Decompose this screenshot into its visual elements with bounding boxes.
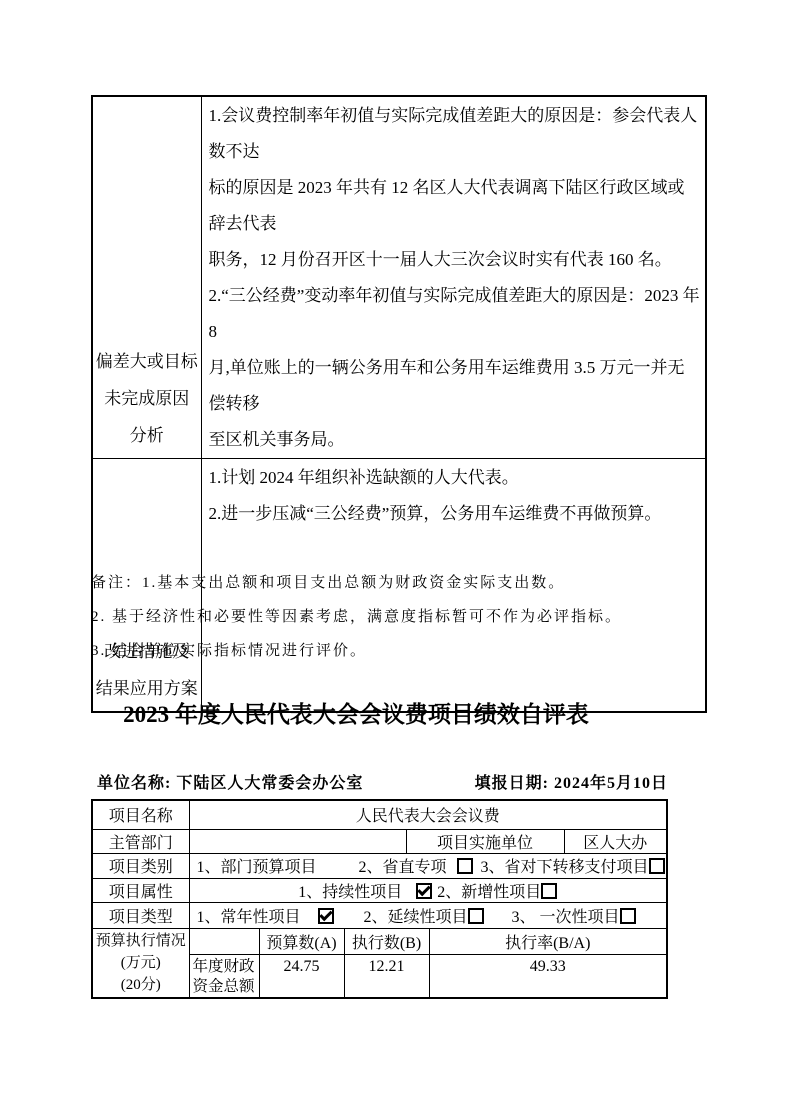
unit-name: 单位名称: 下陆区人大常委会办公室 <box>97 770 363 793</box>
report-date: 填报日期: 2024年5月10日 <box>475 770 668 793</box>
unit-name-label: 单位名称: <box>97 775 171 792</box>
project-name-value: 人民代表大会会议费 <box>189 800 667 829</box>
deviation-analysis-label: 偏差大或目标 未完成原因 分析 <box>92 96 201 459</box>
checkbox-checked-icon <box>318 908 334 924</box>
department-label: 主管部门 <box>92 829 189 853</box>
analysis-row-deviation: 偏差大或目标 未完成原因 分析 1.会议费控制率年初值与实际完成值差距大的原因是… <box>92 96 706 459</box>
category-options: 1、部门预算项目2、省直专项3、省对下转移支付项目 <box>189 853 667 878</box>
checkbox-unchecked-icon <box>649 858 665 874</box>
attribute-option-2: 2、新增性项目 <box>437 884 541 901</box>
type-option-3: 3、 一次性项目 <box>512 909 620 926</box>
page-title: 2023 年度人民代表大会会议费项目绩效自评表 <box>91 696 621 729</box>
budget-execution-label: 预算执行情况 (万元) (20分) <box>92 928 189 998</box>
category-label: 项目类别 <box>92 853 189 878</box>
exec-value: 12.21 <box>344 954 429 998</box>
budget-header-row: 预算执行情况 (万元) (20分) 预算数(A) 执行数(B) 执行率(B/A) <box>92 928 667 954</box>
report-date-value: 2024年5月10日 <box>554 775 668 792</box>
category-option-3: 3、省对下转移支付项目 <box>481 859 649 876</box>
category-option-1: 1、部门预算项目 <box>197 859 317 876</box>
checkbox-unchecked-icon <box>468 908 484 924</box>
type-options: 1、常年性项目2、延续性项目3、 一次性项目 <box>189 902 667 928</box>
type-option-1: 1、常年性项目 <box>197 909 301 926</box>
impl-unit-label: 项目实施单位 <box>406 829 564 853</box>
type-label: 项目类型 <box>92 902 189 928</box>
project-table: 项目名称 人民代表大会会议费 主管部门 项目实施单位 区人大办 项目类别 1、部… <box>91 799 668 999</box>
budget-value: 24.75 <box>259 954 344 998</box>
type-row: 项目类型 1、常年性项目2、延续性项目3、 一次性项目 <box>92 902 667 928</box>
project-name-label: 项目名称 <box>92 800 189 829</box>
form-info-line: 单位名称: 下陆区人大常委会办公室 填报日期: 2024年5月10日 <box>97 770 668 793</box>
type-option-2: 2、延续性项目 <box>364 909 468 926</box>
department-value-empty <box>189 829 406 853</box>
attribute-label: 项目属性 <box>92 878 189 902</box>
checkbox-unchecked-icon <box>457 858 473 874</box>
category-row: 项目类别 1、部门预算项目2、省直专项3、省对下转移支付项目 <box>92 853 667 878</box>
impl-unit-value: 区人大办 <box>564 829 667 853</box>
rate-value: 49.33 <box>429 954 667 998</box>
document-page: 偏差大或目标 未完成原因 分析 1.会议费控制率年初值与实际完成值差距大的原因是… <box>0 0 790 1118</box>
checkbox-unchecked-icon <box>620 908 636 924</box>
department-row: 主管部门 项目实施单位 区人大办 <box>92 829 667 853</box>
annual-fund-label: 年度财政 资金总额 <box>189 954 259 998</box>
rate-col-header: 执行率(B/A) <box>429 928 667 954</box>
deviation-analysis-content: 1.会议费控制率年初值与实际完成值差距大的原因是：参会代表人数不达 标的原因是 … <box>201 96 706 459</box>
budget-header-empty-cell <box>189 928 259 954</box>
checkbox-checked-icon <box>416 883 432 899</box>
checkbox-unchecked-icon <box>541 883 557 899</box>
category-option-2: 2、省直专项 <box>359 859 447 876</box>
exec-col-header: 执行数(B) <box>344 928 429 954</box>
project-name-row: 项目名称 人民代表大会会议费 <box>92 800 667 829</box>
attribute-options: 1、持续性项目2、新增性项目 <box>189 878 667 902</box>
attribute-row: 项目属性 1、持续性项目2、新增性项目 <box>92 878 667 902</box>
budget-col-header: 预算数(A) <box>259 928 344 954</box>
notes-text: 备注：1.基本支出总额和项目支出总额为财政资金实际支出数。 2. 基于经济性和必… <box>91 566 711 668</box>
attribute-option-1: 1、持续性项目 <box>298 884 402 901</box>
report-date-label: 填报日期: <box>475 775 549 792</box>
unit-name-value: 下陆区人大常委会办公室 <box>176 775 363 792</box>
